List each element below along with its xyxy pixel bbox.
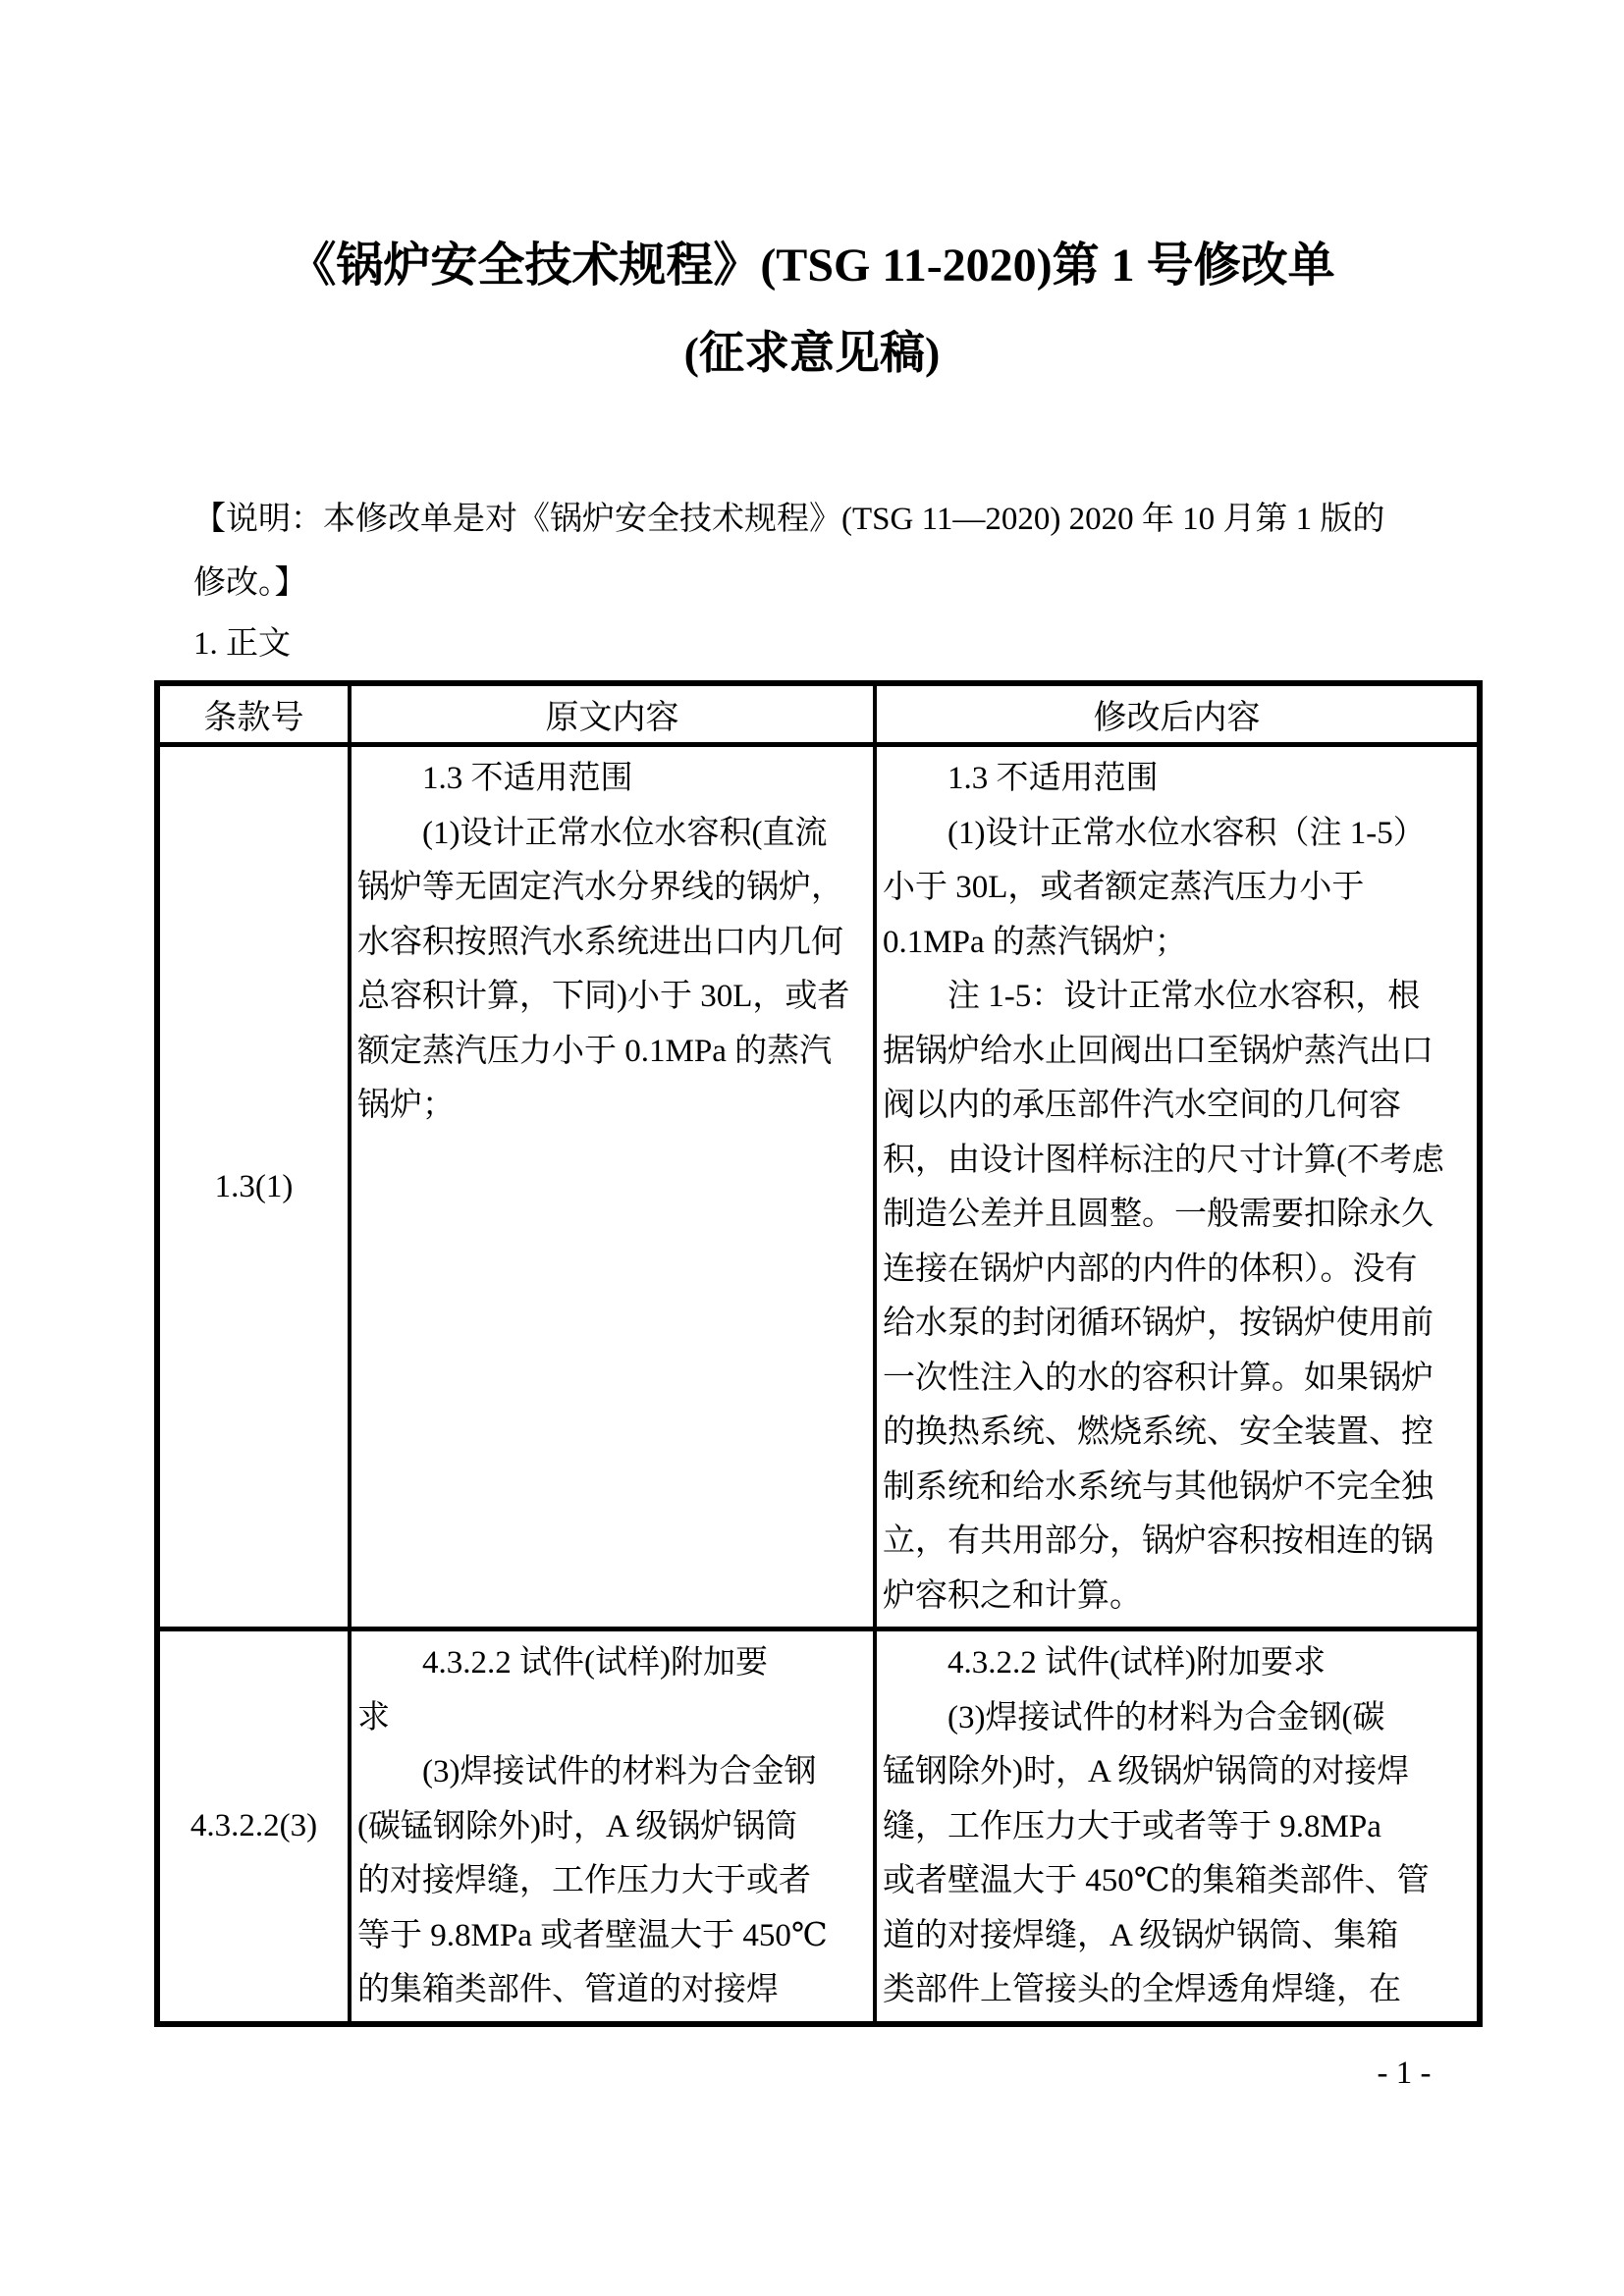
text-line: 的对接焊缝，工作压力大于或者 (357, 1854, 869, 1909)
clause-number: 1.3(1) (157, 745, 350, 1629)
text-line: 小于 30L，或者额定蒸汽压力小于 (883, 861, 1473, 916)
table-row: 4.3.2.2(3) 4.3.2.2 试件(试样)附加要求 (3)焊接试件的材料… (157, 1629, 1480, 2025)
document-page: 《锅炉安全技术规程》(TSG 11-2020)第 1 号修改单 (征求意见稿) … (0, 0, 1624, 2296)
original-content-cell: 1.3 不适用范围 (1)设计正常水位水容积(直流锅炉等无固定汽水分界线的锅炉，… (350, 745, 875, 1629)
text-line: 修改。】 (193, 552, 1460, 615)
text-line: (碳锰钢除外)时，A 级锅炉锅筒 (357, 1800, 869, 1855)
text-line: 额定蒸汽压力小于 0.1MPa 的蒸汽 (357, 1025, 869, 1080)
text-line: 缝，工作压力大于或者等于 9.8MPa (883, 1800, 1473, 1855)
text-line: 等于 9.8MPa 或者壁温大于 450℃ (357, 1909, 869, 1964)
text-line: 或者壁温大于 450℃的集箱类部件、管 (883, 1854, 1473, 1909)
revised-content-cell: 1.3 不适用范围 (1)设计正常水位水容积（注 1-5）小于 30L，或者额定… (875, 745, 1480, 1629)
revised-content-text: 4.3.2.2 试件(试样)附加要求 (3)焊接试件的材料为合金钢(碳锰钢除外)… (883, 1636, 1473, 2018)
clause-number: 4.3.2.2(3) (157, 1629, 350, 2025)
text-line: 制系统和给水系统与其他锅炉不完全独 (883, 1461, 1473, 1516)
original-content-cell: 4.3.2.2 试件(试样)附加要求 (3)焊接试件的材料为合金钢(碳锰钢除外)… (350, 1629, 875, 2025)
text-line: 阀以内的承压部件汽水空间的几何容 (883, 1079, 1473, 1134)
text-line: (3)焊接试件的材料为合金钢(碳 (883, 1691, 1473, 1746)
text-line: 制造公差并且圆整。一般需要扣除永久 (883, 1188, 1473, 1243)
col-header-original-content: 原文内容 (350, 683, 875, 745)
text-line: 积，由设计图样标注的尺寸计算(不考虑 (883, 1134, 1473, 1189)
text-line: 的集箱类部件、管道的对接焊 (357, 1963, 869, 2018)
text-line: 注 1-5：设计正常水位水容积，根 (883, 970, 1473, 1025)
text-line: 求 (357, 1691, 869, 1746)
text-line: (3)焊接试件的材料为合金钢 (357, 1745, 869, 1800)
text-line: 锰钢除外)时，A 级锅炉锅筒的对接焊 (883, 1745, 1473, 1800)
revision-table: 条款号 原文内容 修改后内容 1.3(1) 1.3 不适用范围 (1)设计正常水… (154, 680, 1483, 2027)
text-line: (1)设计正常水位水容积(直流 (357, 807, 869, 862)
text-line: (1)设计正常水位水容积（注 1-5） (883, 807, 1473, 862)
text-line: 一次性注入的水的容积计算。如果锅炉 (883, 1352, 1473, 1407)
original-content-text: 4.3.2.2 试件(试样)附加要求 (3)焊接试件的材料为合金钢(碳锰钢除外)… (357, 1636, 869, 2018)
document-title: 《锅炉安全技术规程》(TSG 11-2020)第 1 号修改单 (0, 236, 1624, 296)
text-line: 炉容积之和计算。 (883, 1570, 1473, 1625)
text-line: 0.1MPa 的蒸汽锅炉； (883, 916, 1473, 971)
text-line: 锅炉等无固定汽水分界线的锅炉， (357, 861, 869, 916)
text-line: 4.3.2.2 试件(试样)附加要求 (883, 1636, 1473, 1691)
text-line: 1.3 不适用范围 (883, 752, 1473, 807)
text-line: 类部件上管接头的全焊透角焊缝，在 (883, 1963, 1473, 2018)
text-line: 4.3.2.2 试件(试样)附加要 (357, 1636, 869, 1691)
table-header-row: 条款号 原文内容 修改后内容 (157, 683, 1480, 745)
text-line: 总容积计算，下同)小于 30L，或者 (357, 970, 869, 1025)
original-content-text: 1.3 不适用范围 (1)设计正常水位水容积(直流锅炉等无固定汽水分界线的锅炉，… (357, 752, 869, 1134)
text-line: 的换热系统、燃烧系统、安全装置、控 (883, 1406, 1473, 1461)
table-row: 1.3(1) 1.3 不适用范围 (1)设计正常水位水容积(直流锅炉等无固定汽水… (157, 745, 1480, 1629)
note-paragraph: 【说明：本修改单是对《锅炉安全技术规程》(TSG 11—2020) 2020 年… (193, 488, 1460, 615)
revised-content-text: 1.3 不适用范围 (1)设计正常水位水容积（注 1-5）小于 30L，或者额定… (883, 752, 1473, 1624)
text-line: 1.3 不适用范围 (357, 752, 869, 807)
page-number: - 1 - (1326, 2054, 1483, 2093)
text-line: 据锅炉给水止回阀出口至锅炉蒸汽出口 (883, 1025, 1473, 1080)
text-line: 连接在锅炉内部的内件的体积）。没有 (883, 1243, 1473, 1298)
text-line: 【说明：本修改单是对《锅炉安全技术规程》(TSG 11—2020) 2020 年… (193, 488, 1460, 552)
text-line: 水容积按照汽水系统进出口内几何 (357, 916, 869, 971)
text-line: 立，有共用部分，锅炉容积按相连的锅 (883, 1515, 1473, 1570)
revised-content-cell: 4.3.2.2 试件(试样)附加要求 (3)焊接试件的材料为合金钢(碳锰钢除外)… (875, 1629, 1480, 2025)
document-subtitle: (征求意见稿) (0, 324, 1624, 383)
col-header-revised-content: 修改后内容 (875, 683, 1480, 745)
text-line: 锅炉； (357, 1079, 869, 1134)
text-line: 道的对接焊缝，A 级锅炉锅筒、集箱 (883, 1909, 1473, 1964)
col-header-clause-number: 条款号 (157, 683, 350, 745)
text-line: 给水泵的封闭循环锅炉，按锅炉使用前 (883, 1297, 1473, 1352)
section-heading: 1. 正文 (193, 622, 291, 666)
